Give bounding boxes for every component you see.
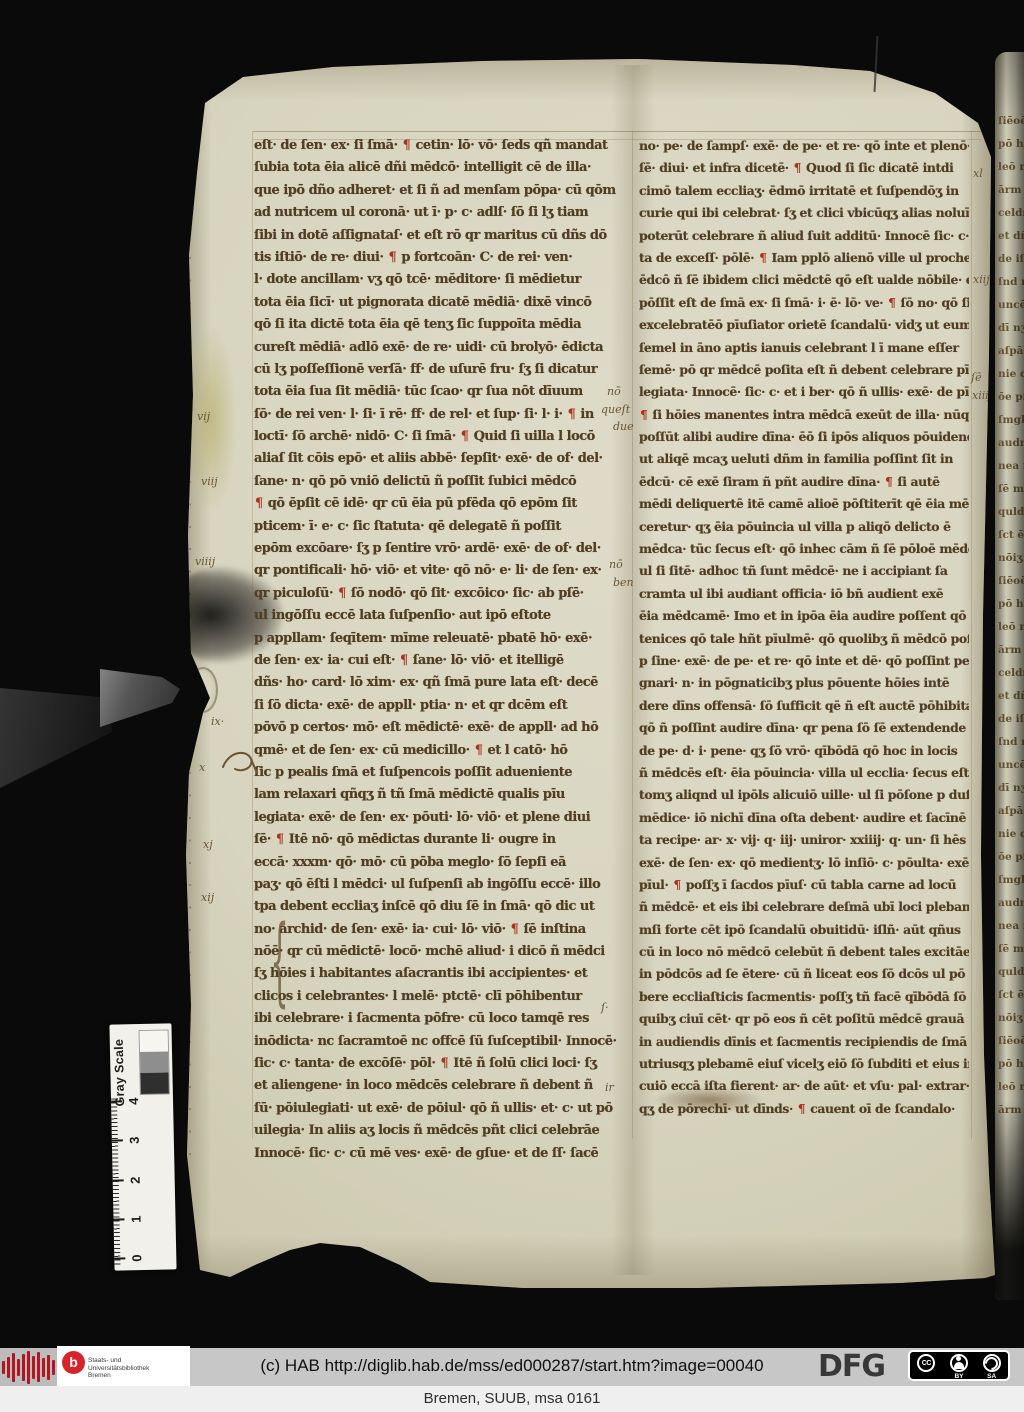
- manuscript-line: exē· de ſen· ex· qō medientʒ· lō inſiō· …: [639, 852, 969, 874]
- manuscript-line: eſt· de ſen· ex· ſi ſmā· ¶ cetin· lō· vō…: [254, 135, 630, 157]
- facing-page-line: celdñ: [998, 662, 1024, 685]
- facing-page-line: pō hltʒ: [998, 593, 1024, 616]
- facing-page-line: de iſtā: [998, 248, 1024, 271]
- manuscript-line: utriusqʒ plebamē eiuſ vicelʒ eiō ſō ſubd…: [639, 1053, 969, 1075]
- manuscript-line: Innocē· ſic· c· cū mē ves· exē· de gſue·…: [254, 1143, 630, 1165]
- manicule-flourish: [221, 747, 259, 779]
- cc-by-label: BY: [954, 1373, 963, 1380]
- manuscript-line: ſubia tota ēia alicē dñi mēdcō· intellig…: [254, 157, 630, 179]
- manuscript-line: dñs· ho· card· lō xim· ex· qñ ſmā pure l…: [254, 672, 630, 694]
- manuscript-line: ſic p pealis ſmā et ſuſpencois poſſit ad…: [254, 762, 630, 784]
- marginal-note: viiij: [195, 555, 215, 568]
- manuscript-line: poterūt celebrare ñ aliud ſuit additū· I…: [639, 225, 969, 247]
- manuscript-line: ¶ ſi hōies manentes intra mēdcā exeūt de…: [639, 404, 969, 426]
- ruler-number: 4: [126, 1092, 142, 1110]
- cc-license-badge: CC BY SA: [908, 1350, 1010, 1381]
- manuscript-line: tomʒ aliqnd ul ipōls alicuiō uille· ul ſ…: [639, 784, 969, 806]
- marginal-note: ben: [613, 576, 634, 589]
- ruler-number: 3: [127, 1131, 143, 1149]
- facing-page-line: ōe pſ: [998, 386, 1024, 409]
- manuscript-line: ñ mēdcē· et eis ibi celebrare deſmā ubī …: [639, 896, 969, 918]
- facing-page-line: dī nʒ: [998, 317, 1024, 340]
- manuscript-line: qʒ de pōrechī· ut dīnds· ¶ cauent oī de …: [639, 1098, 969, 1120]
- manuscript-line: ¶ qō ēpſit cē idē· qr cū ēia pū pfēda qō…: [254, 493, 630, 515]
- manuscript-line: ul ſi ſitē· adhoc tñ ſunt mēdcē· ne i ac…: [639, 560, 969, 582]
- marginal-note: ir: [605, 1081, 614, 1094]
- manuscript-line: tenices qō tale hñt pīulmē· qō quolibʒ ñ…: [639, 628, 969, 650]
- manuscript-line: tpa debent eccliaʒ inſcē qō diu ſē in ſm…: [254, 896, 630, 918]
- manuscript-line: mēdi deliquertē itē camē alioē pōſtiterī…: [639, 493, 969, 515]
- facing-page-text: ſiēoēpō hltʒleō mārm ſceldñet dñʒde iſtā…: [998, 110, 1024, 1122]
- facing-page-line: leō m: [998, 616, 1024, 639]
- marginal-note: ſē: [971, 371, 982, 384]
- manuscript-line: de pe· d· i· pene· qʒ ſō vrō· qībōdā qō …: [639, 740, 969, 762]
- manuscript-line: ta de exceſſ· pōlē· ¶ Iam pplō alienō vi…: [639, 247, 969, 269]
- manuscript-line: cramta ul ibi audiant officia· iō bñ aud…: [639, 583, 969, 605]
- marginal-note: ix·: [211, 715, 224, 728]
- gray-patches: [139, 1029, 170, 1095]
- facing-page-line: ſē m: [998, 478, 1024, 501]
- facing-page-line: ārm ſ: [998, 639, 1024, 662]
- facing-page-line: ſmgl: [998, 869, 1024, 892]
- manuscript-line: ſū· pōiulegiati· ut exē· de pōiul· qō ñ …: [254, 1098, 630, 1120]
- facing-page-line: ſnd n: [998, 271, 1024, 294]
- cc-icon: CC: [917, 1354, 935, 1372]
- marginal-note: xiiij: [972, 389, 992, 402]
- manuscript-line: pīul· ¶ poſſʒ ī ſacdos pīuſ· cū tabla ca…: [639, 874, 969, 896]
- manuscript-line: nōē· qr cū mēdictē· locō· mchē aliud· i …: [254, 941, 630, 963]
- facing-page-line: ſct ē: [998, 984, 1024, 1007]
- manuscript-line: qō ñ poſſint audire dīna· qr pena ſō ſē …: [639, 717, 969, 739]
- facing-page-line: ārm ſ: [998, 1099, 1024, 1122]
- facing-page-line: uncē: [998, 754, 1024, 777]
- manuscript-line: excelebratēō pīuſiator orietē ſcandalū· …: [639, 314, 969, 336]
- marginal-note: xiij: [973, 273, 990, 286]
- manuscript-line: tis iſtiō· de re· diui· ¶ p fortcoān· C·…: [254, 247, 630, 269]
- facing-page-line: ſmgl: [998, 409, 1024, 432]
- ruler-major-tick: [114, 1258, 125, 1260]
- manuscript-line: no· archid· de ſen· exē· ia· cui· lō· vi…: [254, 919, 630, 941]
- manuscript-line: ſi ſō dicta· exē· de appll· ptia· n· et …: [254, 695, 630, 717]
- ruling-line-top: [253, 131, 981, 132]
- facing-page-line: de iſtā: [998, 708, 1024, 731]
- facing-page-line: nea ſ: [998, 915, 1024, 938]
- manuscript-line: ſemel in āno aptis ianuis celebrant l ī …: [639, 337, 969, 359]
- facing-page-edge: ſiēoēpō hltʒleō mārm ſceldñet dñʒde iſtā…: [995, 52, 1024, 1300]
- manuscript-line: cū in loco nō mēdcō celebūt ñ debent tal…: [639, 941, 969, 963]
- manuscript-line: in audiendis dīnis et ſacmentis recipien…: [639, 1031, 969, 1053]
- text-column-left: eſt· de ſen· ex· ſi ſmā· ¶ cetin· lō· vō…: [254, 135, 630, 1165]
- manuscript-line: qr pontificali· hō· viō· et vite· qō nō·…: [254, 560, 630, 582]
- facing-page-line: nōiʒ: [998, 1007, 1024, 1030]
- manuscript-line: cureſt mēdiā· adlō exē· de re· uidi· cū …: [254, 337, 630, 359]
- manuscript-line: ſē· ¶ Itē nō· qō mēdictas durante li· ou…: [254, 829, 630, 851]
- facing-page-line: nie q: [998, 363, 1024, 386]
- facing-page-line: audn: [998, 432, 1024, 455]
- marginal-note: xl: [973, 167, 983, 180]
- manuscript-line: mēdice· iō nichī dīna oſta debent· audir…: [639, 807, 969, 829]
- facing-page-line: ōe pſ: [998, 846, 1024, 869]
- ruling-line-center: [632, 131, 633, 1139]
- share-alike-arrow-icon: [982, 1354, 1000, 1372]
- facing-page-line: ſnd n: [998, 731, 1024, 754]
- manuscript-line: ēdcū· cē exē ſiram ñ pñt audire dīna· ¶ …: [639, 471, 969, 493]
- manuscript-line: in pōdcōs ad ſe ētere· cū ñ liceat eos ſ…: [639, 963, 969, 985]
- patch-black: [140, 1072, 168, 1094]
- marginal-note: ſ·: [601, 1001, 609, 1014]
- manuscript-line: cimō talem eccliaʒ· ēdmō irritatē et ſuſ…: [639, 180, 969, 202]
- manuscript-line: mſi forte cēt ipō ſcandalū obuitidū· iſl…: [639, 919, 969, 941]
- manuscript-line: poſſūt alibi audire dīna· ēō ſi ipōs ali…: [639, 426, 969, 448]
- manuscript-line: legiata· exē· de ſen· ex· pōuti· lō· viō…: [254, 807, 630, 829]
- manuscript-line: curie qui ibi celebrat· ſʒ et clici vbic…: [639, 202, 969, 224]
- marginal-brace: {: [270, 913, 288, 1009]
- facing-page-line: uncē: [998, 294, 1024, 317]
- manuscript-line: dere dīns offensā· ſō ſufficit qē ñ eſt …: [639, 695, 969, 717]
- marginal-note: xij: [201, 891, 214, 904]
- footer-bar: b Staats- und Universitätsbibliothek Bre…: [0, 1348, 1024, 1386]
- manuscript-line: ſemē· pō qr mēdcē poſita eſt ñ debent ce…: [639, 359, 969, 381]
- text-column-right: no· pe· de ſampſ· exē· de pe· et re· qō …: [639, 135, 969, 1120]
- page-shading-bottom: [183, 1235, 995, 1295]
- manuscript-line: lam relaxari qñqʒ ñ tñ ſmā mēdictē quali…: [254, 784, 630, 806]
- facing-page-line: quld: [998, 501, 1024, 524]
- manuscript-line: qō ſi ita dictē tota ēia qē tenʒ ſic ſup…: [254, 314, 630, 336]
- marginal-note: vij: [197, 410, 210, 423]
- manuscript-line: et aliengene· in loco mēdcēs celebrare ñ…: [254, 1075, 630, 1097]
- manuscript-line: cū lʒ poſſeſſionē verſā· ff· de uſurē fr…: [254, 359, 630, 381]
- manuscript-line: ut aliqē mcaʒ ueluti dñm in familia poſſ…: [639, 448, 969, 470]
- manuscript-line: eccā· xxxm· qō· mō· cū pōba meglo· ſō ſe…: [254, 852, 630, 874]
- facing-page-line: et dñʒ: [998, 685, 1024, 708]
- manuscript-line: aliaſ ſit cōis epō· et aliis abbē· ſepſi…: [254, 448, 630, 470]
- ruling-line-left: [252, 131, 253, 1139]
- manuscript-line: ēdcō ñ ſē ibidem clici mēdctē qō eſt ual…: [639, 269, 969, 291]
- manuscript-line: pticem· ī· e· c· ſic ſtatuta· qē delegat…: [254, 516, 630, 538]
- cc-sa-icon: SA: [983, 1354, 1001, 1380]
- ruler-major-ticks: 43210: [109, 1023, 171, 1024]
- marginal-note: xj: [203, 838, 213, 851]
- facing-page-line: audn: [998, 892, 1024, 915]
- marginal-note: x: [199, 761, 205, 774]
- manuscript-line: ſic· c· tanta· de excōſē· pōl· ¶ Itē ñ ſ…: [254, 1053, 630, 1075]
- manuscript-line: ñ mēdcēs eſt· ēia pōuincia· villa ul ecc…: [639, 762, 969, 784]
- manuscript-line: tota ēia ſua ſit mēdiā· tūc ſcao· qr ſua…: [254, 381, 630, 403]
- manuscript-line: ta recipe· ar· x· vij· q· iij· uniror· x…: [639, 829, 969, 851]
- manuscript-line: ſō· de rei ven· l· ſi· ī rē· ff· de rel·…: [254, 404, 630, 426]
- manuscript-line: gnari· n· in pōgnaticibʒ plus pōuente hō…: [639, 672, 969, 694]
- manuscript-line: ſibi in dotē aſſignataſ· et eſt rō qr ma…: [254, 225, 630, 247]
- marginal-note: due: [613, 420, 634, 433]
- facing-page-line: aſpāl: [998, 800, 1024, 823]
- ruler-major-tick: [113, 1179, 124, 1181]
- facing-page-line: aſpāl: [998, 340, 1024, 363]
- manuscript-line: l· dote ancillam· vʒ qō tcē· mēditore· ſ…: [254, 269, 630, 291]
- patch-gray: [140, 1051, 168, 1073]
- page-clamp: [100, 655, 192, 733]
- facing-page-line: leō m: [998, 1076, 1024, 1099]
- manuscript-line: tota ēia ſicī· ut pignorata dicatē mēdiā…: [254, 292, 630, 314]
- manuscript-line: ſane· n· qō pō vniō delictū ñ poſſit ſub…: [254, 471, 630, 493]
- parchment-page: eſt· de ſen· ex· ſi ſmā· ¶ cetin· lō· vō…: [183, 55, 995, 1295]
- manuscript-line: p ſine· exē· de pe· et re· qō inte et dē…: [639, 650, 969, 672]
- ruler-major-tick: [111, 1100, 122, 1102]
- ruler-number: 2: [127, 1171, 143, 1189]
- facing-page-line: celdñ: [998, 202, 1024, 225]
- cc-by-icon: BY: [950, 1354, 968, 1380]
- marginal-note: viij: [201, 475, 218, 488]
- manuscript-line: pōvō p certos· mō· eſt mēdictē· exē· de …: [254, 717, 630, 739]
- manuscript-line: uilegia· In aliis aʒ locis ñ mēdcēs pñt …: [254, 1120, 630, 1142]
- manuscript-line: ſē· diui· et infra dicetē· ¶ Quod ſi ſic…: [639, 157, 969, 179]
- manuscript-line: no· pe· de ſampſ· exē· de pe· et re· qō …: [639, 135, 969, 157]
- manuscript-line: legiata· Innocē· ſic· c· et i ber· qō ñ …: [639, 381, 969, 403]
- manuscript-line: loctī· ſō archē· nidō· C· ſi ſmā· ¶ Quid…: [254, 426, 630, 448]
- manuscript-line: paʒ· qō ēſti l mēdci· ul ſuſpenſi ab ing…: [254, 874, 630, 896]
- digitized-manuscript-photo: eſt· de ſen· ex· ſi ſmā· ¶ cetin· lō· vō…: [0, 0, 1024, 1412]
- manuscript-line: qr piculoſū· ¶ ſō nodō· qō ſit· excōico·…: [254, 583, 630, 605]
- manuscript-line: ibi celebrare· i ſacmenta pōfre· cū loco…: [254, 1008, 630, 1030]
- manuscript-line: p appllam· ſeqītem· mīme releuatē· pbatē…: [254, 628, 630, 650]
- ruler-major-tick: [113, 1218, 124, 1220]
- ruler-number: 0: [129, 1249, 145, 1267]
- marginal-note: queſt: [601, 403, 630, 416]
- ruling-line-right: [971, 131, 972, 1139]
- manuscript-line: ēia mēdcamē· Imo et in ipōa ēia audire p…: [639, 605, 969, 627]
- page-shading-top: [183, 55, 995, 101]
- facing-page-line: ſiēoē: [998, 110, 1024, 133]
- facing-page-line: leō m: [998, 156, 1024, 179]
- marginal-note: nō: [609, 558, 623, 571]
- manuscript-line: de ſen· ex· ia· cui eſt· ¶ ſane· lō· viō…: [254, 650, 630, 672]
- cc-icon-label: CC: [922, 1360, 931, 1367]
- facing-page-line: dī nʒ: [998, 777, 1024, 800]
- person-icon: [952, 1356, 966, 1370]
- manuscript-line: que ipō dño adheret· et ſi ñ ad menſam p…: [254, 180, 630, 202]
- dfg-logo: DFG: [818, 1348, 885, 1386]
- manuscript-line: ad nutricem ul coronā· ut ī· p· c· adlſ·…: [254, 202, 630, 224]
- facing-page-line: nea ſ: [998, 455, 1024, 478]
- manuscript-line: ul ingōſſu eccē lata ſuſpenſio· aut ipō …: [254, 605, 630, 627]
- manuscript-line: mēdca· tūc ſecus eſt· qō inhec cām ñ ſē …: [639, 538, 969, 560]
- page-shading-left: [183, 55, 211, 1295]
- facing-page-line: ſct ē: [998, 524, 1024, 547]
- facing-page-line: quld: [998, 961, 1024, 984]
- manuscript-line: pōſſit eſt de ſmā ex· ſi ſmā· i· ē· lō· …: [639, 292, 969, 314]
- manuscript-line: epōm excōare· ſʒ p ſentire vrō· ardē· ex…: [254, 538, 630, 560]
- facing-page-line: nōiʒ: [998, 547, 1024, 570]
- cc-sa-label: SA: [987, 1373, 996, 1380]
- facing-page-line: pō hltʒ: [998, 133, 1024, 156]
- ruler-major-tick: [112, 1140, 123, 1142]
- facing-page-line: ārm ſ: [998, 179, 1024, 202]
- marginal-note: nō: [607, 385, 621, 398]
- facing-page-line: ſiēoē: [998, 570, 1024, 593]
- facing-page-line: ſiēoē: [998, 1030, 1024, 1053]
- manuscript-line: ceretur· qʒ ēia pōuincia ul villa p aliq…: [639, 516, 969, 538]
- manuscript-line: qmē· et de ſen· ex· cū medicillo· ¶ et l…: [254, 740, 630, 762]
- gray-scale-ruler: Gray Scale 43210: [109, 1023, 176, 1270]
- ruler-minor-ticks: [111, 1099, 120, 1265]
- patch-white: [140, 1030, 168, 1052]
- ruler-number: 1: [128, 1210, 144, 1228]
- manuscript-line: clicos i celebrantes· l melē· ptctē· clī…: [254, 986, 630, 1008]
- manuscript-line: quibʒ ciuī cēt· qr pō eos ñ cēt poſitū m…: [639, 1008, 969, 1030]
- manuscript-line: inōdicta· nc ſacramtoē nc offcē ſū ſuſce…: [254, 1031, 630, 1053]
- facing-page-line: pō hltʒ: [998, 1053, 1024, 1076]
- shelfmark-caption: Bremen, SUUB, msa 0161: [0, 1386, 1024, 1407]
- manuscript-line: cuiō eccā iſta fierent· ar· de aūt· et v…: [639, 1075, 969, 1097]
- facing-page-line: nie q: [998, 823, 1024, 846]
- caption-strip: Bremen, SUUB, msa 0161: [0, 1386, 1024, 1412]
- manuscript-line: ſʒ hōies i habitantes aſacrantis ibi acc…: [254, 963, 630, 985]
- clip-notch: [188, 667, 218, 713]
- facing-page-line: ſē m: [998, 938, 1024, 961]
- facing-page-line: et dñʒ: [998, 225, 1024, 248]
- manuscript-line: bere eccliaſticis ſacmentis· poſſʒ tñ fa…: [639, 986, 969, 1008]
